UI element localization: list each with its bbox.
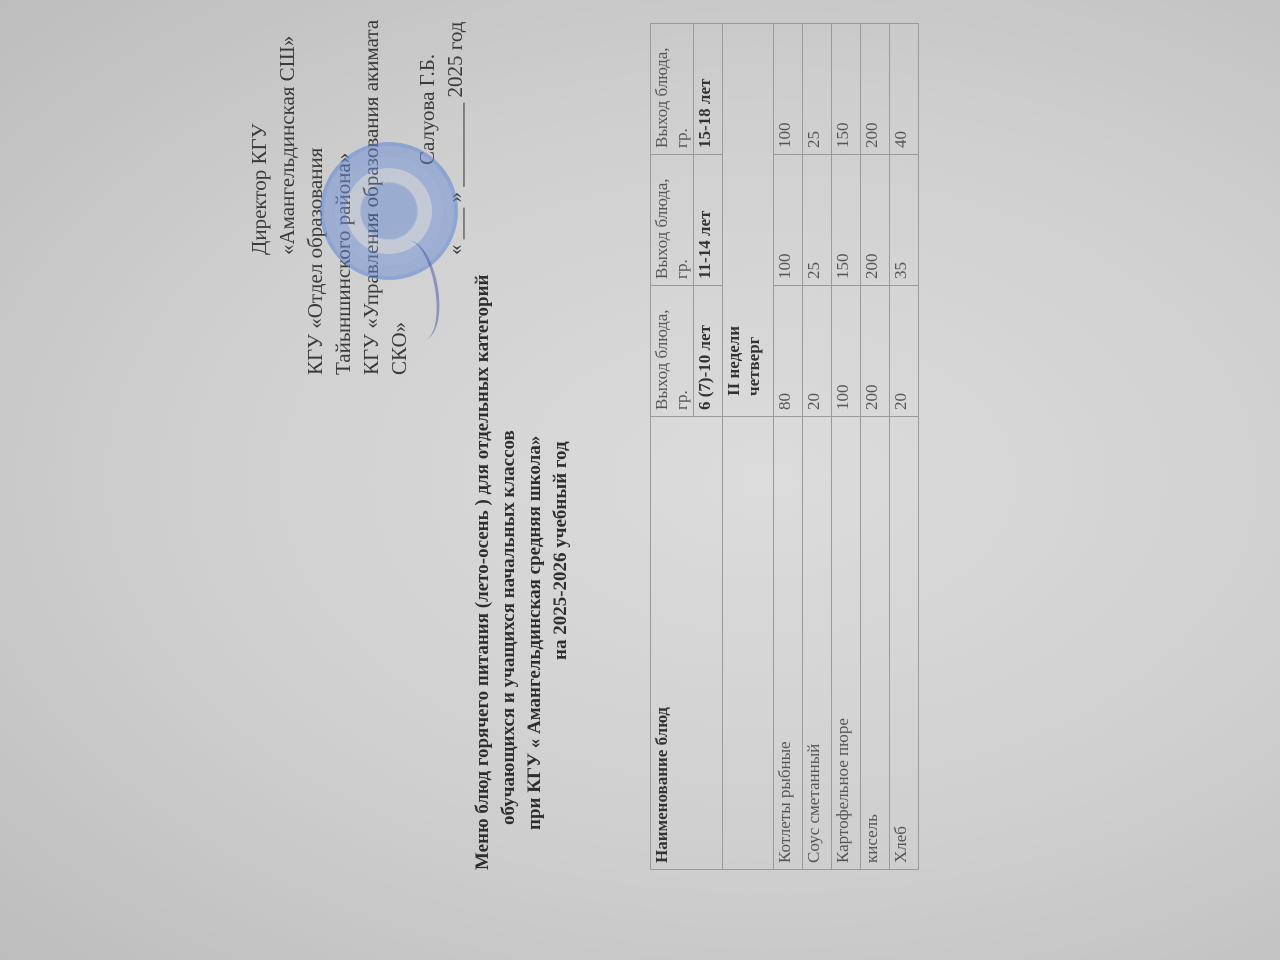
header-output: Выход блюда, гр. [651, 286, 694, 417]
document-title: Меню блюд горячего питания (лето-осень )… [470, 0, 574, 960]
age-group: 11-14 лет [694, 155, 723, 286]
table-row: Хлеб203540 [890, 24, 919, 870]
dish-name: Котлеты рыбные [774, 417, 803, 870]
header-output: Выход блюда, гр. [651, 24, 694, 155]
dish-output: 40 [890, 24, 919, 155]
age-group: 6 (7)-10 лет [694, 286, 723, 417]
dish-name: Соус сметанный [803, 417, 832, 870]
dish-output: 150 [832, 155, 861, 286]
menu-table: Наименование блюд Выход блюда, гр. Выход… [650, 23, 919, 870]
title-line: обучающихся и учащихся начальных классов [496, 0, 522, 960]
dish-output: 25 [803, 155, 832, 286]
dish-output: 20 [890, 286, 919, 417]
dish-output: 200 [861, 155, 890, 286]
dish-output: 35 [890, 155, 919, 286]
table-row: кисель200200200 [861, 24, 890, 870]
week-day-cell: II недели четверг [723, 24, 774, 417]
dish-output: 80 [774, 286, 803, 417]
document-page: Директор КГУ «Амангельдинская СШ» КГУ «О… [0, 0, 1280, 960]
dish-output: 20 [803, 286, 832, 417]
dish-output: 25 [803, 24, 832, 155]
header-output: Выход блюда, гр. [651, 155, 694, 286]
title-line: Меню блюд горячего питания (лето-осень )… [470, 0, 496, 960]
week-label: II недели [724, 30, 744, 396]
dish-output: 100 [774, 155, 803, 286]
dish-name: Хлеб [890, 417, 919, 870]
table-week-row: II недели четверг [723, 24, 774, 870]
table-row: Картофельное пюре100150150 [832, 24, 861, 870]
dish-output: 100 [774, 24, 803, 155]
dish-output: 200 [861, 286, 890, 417]
title-line: на 2025-2026 учебный год [548, 0, 574, 960]
title-line: при КГУ « Амангельдинская средняя школа» [522, 0, 548, 960]
table-header-row: Наименование блюд Выход блюда, гр. Выход… [651, 24, 694, 870]
table-row: Котлеты рыбные80100100 [774, 24, 803, 870]
day-label: четверг [744, 30, 764, 396]
header-dish-name: Наименование блюд [651, 417, 723, 870]
approval-line: Директор КГУ «Амангельдинская СШ» [245, 15, 301, 375]
dish-output: 100 [832, 286, 861, 417]
dish-name: кисель [861, 417, 890, 870]
dish-output: 150 [832, 24, 861, 155]
table-row: Соус сметанный202525 [803, 24, 832, 870]
dish-name: Картофельное пюре [832, 417, 861, 870]
dish-output: 200 [861, 24, 890, 155]
age-group: 15-18 лет [694, 24, 723, 155]
empty-cell [723, 417, 774, 870]
